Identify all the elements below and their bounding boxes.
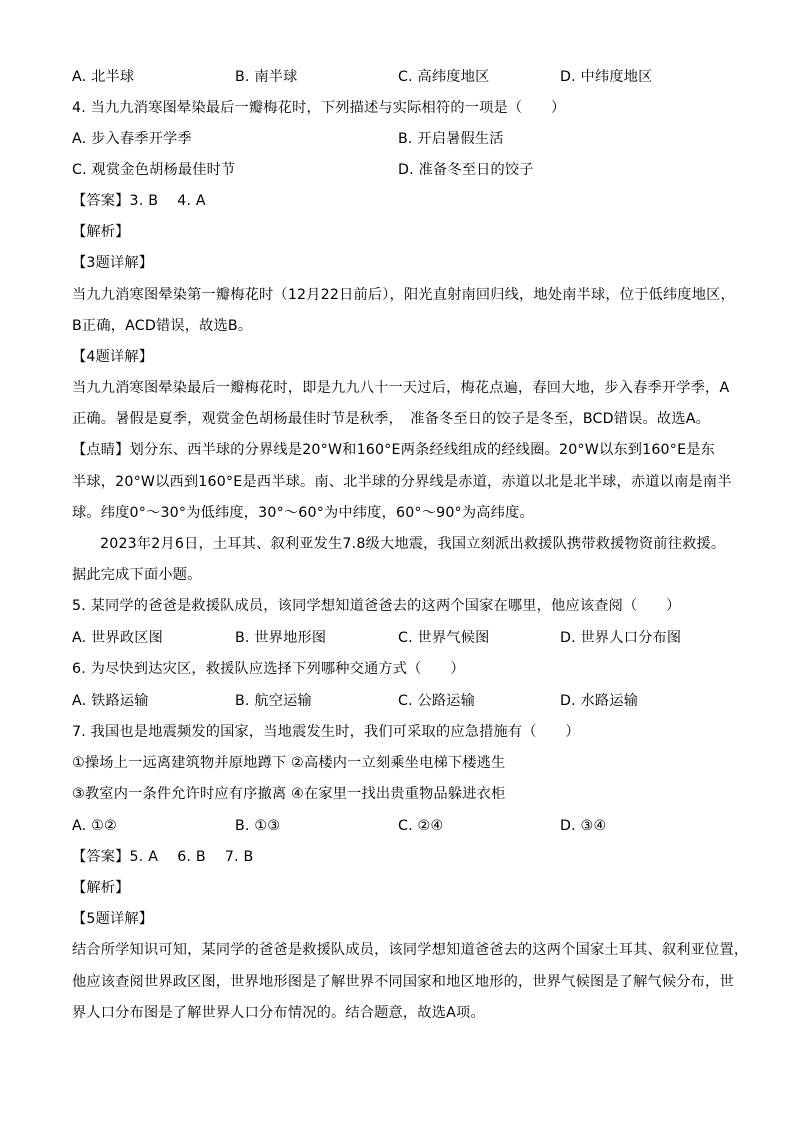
q5-option-b: B. 世界地形图 <box>235 628 326 648</box>
detail-3-line-2: B正确，ACD错误，故选B。 <box>72 316 252 336</box>
q7-statements-1: ①操场上一远离建筑物并原地蹲下 ②高楼内一立刻乘坐电梯下楼逃生 <box>72 753 505 773</box>
answer-label-2: 【答案】5. A 6. B 7. B <box>72 847 253 867</box>
q7-option-b: B. ①③ <box>235 816 280 836</box>
detail-3-line-1: 当九九消寒图晕染第一瓣梅花时（12月22日前后），阳光直射南回归线，地处南半球，… <box>72 285 735 305</box>
detail-5-line-2: 他应该查阅世界政区图，世界地形图是了解世界不同国家和地区地形的，世界气候图是了解… <box>72 972 734 992</box>
q7-statements-2: ③教室内一条件允许时应有序撤离 ④在家里一找出贵重物品躲进衣柜 <box>72 784 505 804</box>
q6-stem: 6. 为尽快到达灾区，救援队应选择下列哪种交通方式（ ） <box>72 659 465 679</box>
analysis-label-1: 【解析】 <box>72 222 130 242</box>
q7-stem: 7. 我国也是地震频发的国家，当地震发生时，我们可采取的应急措施有（ ） <box>72 722 580 742</box>
passage-line-2: 据此完成下面小题。 <box>72 565 202 585</box>
detail-4-line-2: 正确。暑假是夏季，观赏金色胡杨最佳时节是秋季， 准备冬至日的饺子是冬至，BCD错… <box>72 409 710 429</box>
q4-option-b: B. 开启暑假生活 <box>398 129 504 149</box>
q7-option-d: D. ③④ <box>560 816 606 836</box>
detail-4-title: 【4题详解】 <box>72 347 153 367</box>
q3-option-b: B. 南半球 <box>235 67 298 87</box>
q4-option-d: D. 准备冬至日的饺子 <box>398 160 534 180</box>
q5-option-d: D. 世界人口分布图 <box>560 628 681 648</box>
q6-option-a: A. 铁路运输 <box>72 691 149 711</box>
q6-option-b: B. 航空运输 <box>235 691 312 711</box>
q6-option-c: C. 公路运输 <box>398 691 475 711</box>
q3-option-d: D. 中纬度地区 <box>560 67 652 87</box>
detail-5-line-3: 界人口分布图是了解世界人口分布情况的。结合题意，故选A项。 <box>72 1003 485 1023</box>
analysis-label-2: 【解析】 <box>72 878 130 898</box>
q7-option-c: C. ②④ <box>398 816 443 836</box>
tip-line-3: 球。纬度0°～30°为低纬度，30°～60°为中纬度，60°～90°为高纬度。 <box>72 503 534 523</box>
q3-option-c: C. 高纬度地区 <box>398 67 489 87</box>
q6-option-d: D. 水路运输 <box>560 691 638 711</box>
tip-line-1: 【点睛】划分东、西半球的分界线是20°W和160°E两条经线组成的经线圈。20°… <box>72 440 715 460</box>
q4-option-c: C. 观赏金色胡杨最佳时节 <box>72 160 235 180</box>
detail-3-title: 【3题详解】 <box>72 253 153 273</box>
q4-option-a: A. 步入春季开学季 <box>72 129 192 149</box>
detail-4-line-1: 当九九消寒图晕染最后一瓣梅花时，即是九九八十一天过后，梅花点遍，春回大地，步入春… <box>72 378 729 398</box>
q4-stem: 4. 当九九消寒图晕染最后一瓣梅花时，下列描述与实际相符的一项是（ ） <box>72 98 565 118</box>
q5-stem: 5. 某同学的爸爸是救援队成员，该同学想知道爸爸去的这两个国家在哪里，他应该查阅… <box>72 596 681 616</box>
q5-option-a: A. 世界政区图 <box>72 628 163 648</box>
q7-option-a: A. ①② <box>72 816 117 836</box>
detail-5-line-1: 结合所学知识可知，某同学的爸爸是救援队成员，该同学想知道爸爸去的这两个国家土耳其… <box>72 940 748 960</box>
detail-5-title: 【5题详解】 <box>72 909 153 929</box>
tip-line-2: 半球，20°W以西到160°E是西半球。南、北半球的分界线是赤道，赤道以北是北半… <box>72 472 732 492</box>
answer-label-1: 【答案】3. B 4. A <box>72 191 206 211</box>
q3-option-a: A. 北半球 <box>72 67 134 87</box>
q5-option-c: C. 世界气候图 <box>398 628 489 648</box>
passage-line-1: 2023年2月6日，土耳其、叙利亚发生7.8级大地震，我国立刻派出救援队携带救援… <box>100 534 725 554</box>
